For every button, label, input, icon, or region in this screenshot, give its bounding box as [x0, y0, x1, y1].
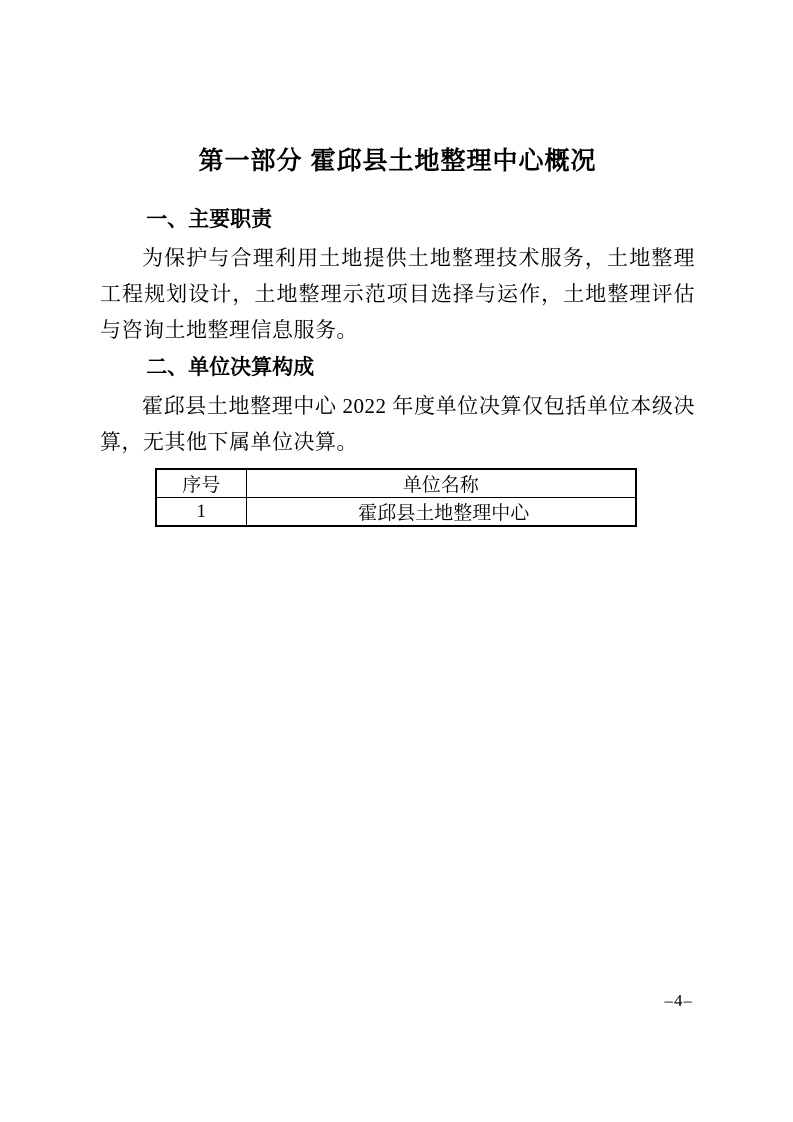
table-cell-serial-number: 1	[156, 498, 246, 527]
table-header-row: 序号 单位名称	[156, 469, 636, 498]
document-title: 第一部分 霍邱县土地整理中心概况	[100, 145, 695, 177]
table-row: 1 霍邱县土地整理中心	[156, 498, 636, 527]
section-1-paragraph: 为保护与合理利用土地提供土地整理技术服务，土地整理工程规划设计，土地整理示范项目…	[100, 240, 695, 348]
section-1-heading: 一、主要职责	[100, 205, 695, 235]
unit-list-table: 序号 单位名称 1 霍邱县土地整理中心	[155, 468, 637, 527]
section-2-heading: 二、单位决算构成	[100, 353, 695, 383]
page-number: –4–	[665, 991, 694, 1011]
table-cell-unit-name: 霍邱县土地整理中心	[246, 498, 636, 527]
document-page: 第一部分 霍邱县土地整理中心概况 一、主要职责 为保护与合理利用土地提供土地整理…	[0, 0, 793, 1122]
section-2-paragraph: 霍邱县土地整理中心 2022 年度单位决算仅包括单位本级决算，无其他下属单位决算…	[100, 388, 695, 460]
table-header-unit-name: 单位名称	[246, 469, 636, 498]
table-header-serial-number: 序号	[156, 469, 246, 498]
